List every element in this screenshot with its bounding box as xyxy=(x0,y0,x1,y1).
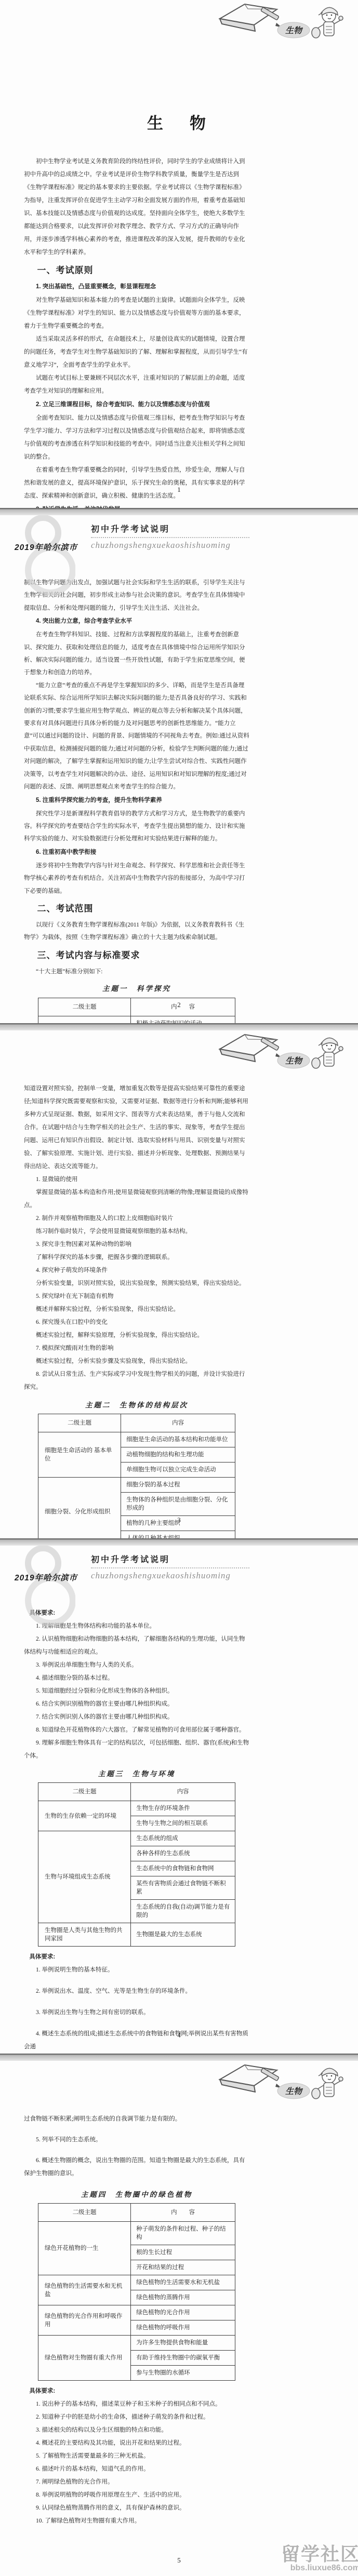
subject-badge-label: 生物 xyxy=(285,1056,303,1066)
page-5: 生物 过食物链不断积累;阐明生态系统的自我调节能力是有限的。 5. 列举不同的生… xyxy=(0,2061,358,2576)
content-cell: 生态系统的组成 xyxy=(131,1831,235,1846)
experiment-item-title: 3. 探究非生物因素对某种动物的影响 xyxy=(24,1238,249,1251)
book-pencil-icon xyxy=(220,1035,282,1062)
page-4: 2019年哈尔滨市 初中升学考试说明 chuzhongshengxuekaosh… xyxy=(0,1546,358,2054)
paragraph: 对生物学基础知识和基本能力的考查是试题的主旋律。试题面向全体学生，反映《生物学课… xyxy=(24,294,249,333)
page-separator xyxy=(0,1538,358,1546)
table-row: 生物与环境组成生态系统 生态系统的组成 xyxy=(38,1831,235,1846)
content-cell: 生态系统中的食物链和食物网 xyxy=(131,1861,235,1876)
table-row: 细胞分裂、分化形成组织 细胞分裂的基本过程 xyxy=(38,1478,235,1493)
theme-cell: 绿色植物的光合作用和呼吸作用 xyxy=(38,2305,131,2336)
content-cell: 为许多生物提供食物和能量 xyxy=(131,2336,235,2351)
paragraph: 在考查生物学科知识、技能、过程和方法掌握程度的基础上，注重考查创新意识、探究能力… xyxy=(24,628,249,679)
page-1: 生物 生 物 初中生物学业考试是义务教育阶段的终结性评价，同时学生的学业成绩将计… xyxy=(0,0,358,508)
table-row: 绿色开花植物的一生 种子萌发的条件和过程、种子的结构 xyxy=(38,2222,235,2245)
theme-cell: 生物的生存依赖一定的环境 xyxy=(38,1801,131,1831)
requirement-item: 10. 了解绿色植物对生物圈有重大作用。 xyxy=(24,2515,249,2528)
content-cell: 细胞是生命活动的基本结构和功能单位 xyxy=(121,1432,235,1447)
experiment-item-title: 5. 探究绿叶在光下制造有机物 xyxy=(24,1290,249,1303)
watermark-name: 留学社区 xyxy=(281,2544,358,2564)
requirement-item: 2. 认识植物细胞和动物细胞的基本结构，了解细胞各结构的生理功能，认同生物体结构… xyxy=(24,1633,249,1659)
table-row: 细胞是生命活动的 基本单位 细胞是生命活动的基本结构和功能单位 xyxy=(38,1432,235,1447)
experiment-item-title: 7. 模拟探究酸雨对生物的影响 xyxy=(24,1342,249,1355)
theme-cell: 生物与环境组成生态系统 xyxy=(38,1831,131,1923)
experiment-item-title: 8. 尝试从日常生活、生产实际或学习中发现生物学相关的问题，并设计实验进行探究。 xyxy=(24,1368,249,1394)
paragraph: 在着重考查生物学重要概念的同时，引导学生热爱自然，珍爱生命，理解人与自然和谐发展… xyxy=(24,464,249,503)
page-2: 2019年哈尔滨市 初中升学考试说明 chuzhongshengxuekaosh… xyxy=(0,515,358,1023)
paragraph: 探究性学习是新课程科学教育倡导的教学方式和学习方式，是生物教学的重要内容。科学探… xyxy=(24,808,249,846)
content-cell: 生物与生物之间的相互联系 xyxy=(131,1816,235,1831)
content-cell: 单细胞生物可以独立完成生命活动 xyxy=(121,1463,235,1478)
requirement-item: 7. 阐明绿色植物的光合作用。 xyxy=(24,2476,249,2489)
requirement-item: 1. 举例说明生物的基本特征。 xyxy=(24,1964,249,1977)
site-watermark: 留学社区 bbs.liuxue86.com xyxy=(281,2544,358,2573)
paragraph: “十大主题”标准分别如下: xyxy=(24,965,249,978)
requirement-item: 9. 认同绿色植物蒸腾作用的意义，具有保护森林的意识。 xyxy=(24,2502,249,2515)
theme-cell: 细胞是生命活动的 基本单位 xyxy=(38,1432,121,1478)
content-cell: 生态系统的自我(自动)调节能力是有限的 xyxy=(131,1900,235,1923)
masthead-pinyin: chuzhongshengxuekaoshishuoming xyxy=(91,540,252,551)
table-row: 绿色植物对生物圈有重大作用 为许多生物提供食物和能量 xyxy=(38,2336,235,2351)
dotted-rule xyxy=(91,1567,249,1568)
requirement-item: 2. 举例说出水、温度、空气、光等是生物生存的环境条件。 xyxy=(24,1985,249,1998)
page-number: 2 xyxy=(0,1001,358,1009)
table-row: 生物圈是人类与其他生物的共同家园 生物圈是最大的生态系统 xyxy=(38,1923,235,1947)
requirement-item: 9. 理解多细胞生物体具有一定的结构层次，可包括细胞、组织、器官(系统)和生物个… xyxy=(24,1737,249,1763)
paragraph: 逐步将初中生物教学内容与针对生命观念、科学探究、科学思维和社会责任等生物学核心素… xyxy=(24,860,249,897)
continued-paragraph: 过食物链不断积累;阐明生态系统的自我调节能力是有限的。 xyxy=(24,2113,249,2126)
requirements-label: 具体要求: xyxy=(24,1951,249,1964)
experiment-item-desc: 概述并解释实验过程，分析实验现象，得出实验结论。 xyxy=(24,1303,249,1316)
paragraph: “能力立意”考查的重点不再是学生掌握知识的多少、详略，而是学生是否具备理论联系实… xyxy=(24,679,249,794)
content-cell: 细胞分裂的基本过程 xyxy=(121,1478,235,1493)
section-heading-3: 三、考试内容与标准要求 xyxy=(24,948,249,963)
page-3: 生物 知道设置对照实验，控制单一变量，增加重复次数等是提高实验结果可靠性的重要途… xyxy=(0,1030,358,1538)
theme-1-title: 主题一 科学探究 xyxy=(24,983,249,995)
requirement-item: 7. 结合实例识别人体的器官主要由哪几种组织构成。 xyxy=(24,1711,249,1724)
table-row: 理解科学探究 积极主动获取知识的活动 xyxy=(38,1016,235,1023)
content-cell: 各种各样的生态系统 xyxy=(131,1846,235,1861)
content-cell: 根的生长过程 xyxy=(131,2245,235,2260)
principle-5-title: 5. 注重科学探究能力的考查，提升生物科学素养 xyxy=(24,794,249,807)
theme-cell: 绿色植物的生活需要水和无机盐 xyxy=(38,2275,131,2305)
theme-cell: 细胞分裂、分化形成组织 xyxy=(38,1478,121,1539)
experiment-item-title: 4. 探究种子萌发的环境条件 xyxy=(24,1264,249,1277)
theme-2-title: 主题二 生物体的结构层次 xyxy=(24,1399,249,1412)
theme-4-title: 主题四 生物圈中的绿色植物 xyxy=(24,2188,249,2201)
content-cell: 某些有害物质会通过食物链不断积累 xyxy=(131,1876,235,1900)
theme-4-table: 二级主题 内 容 绿色开花植物的一生 种子萌发的条件和过程、种子的结构 根的生长… xyxy=(38,2203,235,2381)
requirement-item: 1. 说出种子的基本结构，描述菜豆种子和玉米种子的相同点和不同点。 xyxy=(24,2398,249,2411)
masthead-year-city: 2019年哈尔滨市 xyxy=(15,541,92,553)
experiment-item-title: 2. 制作并观察植物细胞及人的口腔上皮细胞临时装片 xyxy=(24,1212,249,1225)
principle-2-title: 2. 立足三维课程目标，综合考查知识、能力以及情感态度与价值观 xyxy=(24,398,249,411)
content-cell: 绿色植物的光合作用 xyxy=(131,2305,235,2320)
paragraph: 适当采取灵活多样的形式，在命题技术上，尽量创设真实的试题情境，设置合理的问题任务… xyxy=(24,333,249,372)
content-cell: 生物圈是最大的生态系统 xyxy=(131,1923,235,1947)
table-row: 绿色植物的光合作用和呼吸作用 绿色植物的光合作用 xyxy=(38,2305,235,2320)
page-number: 1 xyxy=(0,486,358,494)
experiment-item-desc: 概述实验过程，解释实验原理，分析实验现象，得出实验结论。 xyxy=(24,1329,249,1342)
experiment-item-desc: 了解科学探究的基本步骤，把握各步骤的逻辑联系。 xyxy=(24,1251,249,1264)
student-mascot-icon xyxy=(312,1038,343,1068)
student-mascot-icon xyxy=(312,7,343,38)
paragraph: 全面考查知识、能力以及情感态度与价值观三维目标，把考查生物学知识与考查学生学习能… xyxy=(24,412,249,464)
requirement-item: 6. 描述叶片的基本结构，知道气孔的作用。 xyxy=(24,2463,249,2476)
content-cell: 生物体的各种组织是由细胞分裂、分化形成的 xyxy=(121,1493,235,1516)
requirements-label: 具体要求: xyxy=(24,2385,249,2398)
subject-badge-label: 生物 xyxy=(285,26,303,35)
experiment-item-title: 6. 探究馒头在口腔中的变化 xyxy=(24,1316,249,1329)
content-cell: 开花和结果的过程 xyxy=(131,2260,235,2275)
book-pencil-icon xyxy=(220,4,282,31)
experiment-item-desc: 掌握显微镜的基本构造和作用;使用显微镜观察到清晰的物像;理解显微镜的成像特点。 xyxy=(24,1186,249,1212)
theme-cell: 生物圈是人类与其他生物的共同家园 xyxy=(38,1923,131,1947)
column-header: 内容 xyxy=(131,1783,235,1801)
paragraph: 以现行《义务教育生物学课程标准(2011 年版)》为依据，以义务教育教科书《生物… xyxy=(24,919,249,944)
section-heading-1: 一、考试原则 xyxy=(24,263,249,278)
principle-1-title: 1. 突出基础性，凸显重要概念，彰显课程理念 xyxy=(24,280,249,293)
rings-logo-icon xyxy=(18,1546,75,1631)
content-cell: 绿色植物的生活需要水和无机盐 xyxy=(131,2275,235,2290)
requirement-item: 3. 举例说出生物与生物之间有密切的联系。 xyxy=(24,2006,249,2019)
principle-6-title: 6. 注重初高中教学衔接 xyxy=(24,846,249,859)
intro-paragraph: 初中生物学业考试是义务教育阶段的终结性评价，同时学生的学业成绩将计入到初中升高中… xyxy=(24,155,249,259)
rings-logo-icon xyxy=(18,515,75,600)
requirement-item: 6. 结合实例识别植物的器官主要由哪几种组织构成。 xyxy=(24,1698,249,1711)
content-cell: 有助于维持生物圈中的碳氧平衡 xyxy=(131,2351,235,2366)
page-header-art: 生物 xyxy=(216,1,346,49)
table-header-row: 二级主题 内 容 xyxy=(38,2204,235,2222)
experiment-item-desc: 分析实验变量，识别对照实验，说出实验现象，预测实验结果，得出实验结论。 xyxy=(24,1277,249,1290)
requirement-item: 5. 了解植物生活需要量最多的三种无机盐。 xyxy=(24,2450,249,2463)
theme-cell: 绿色植物对生物圈有重大作用 xyxy=(38,2336,131,2381)
requirement-item: 4. 描述细胞分裂的基本过程。 xyxy=(24,1672,249,1685)
requirement-item: 5. 列举不同的生态系统。 xyxy=(24,2134,249,2146)
experiment-item-desc: 练习制作临时装片，学会使用显微镜观察细胞的基本结构。 xyxy=(24,1225,249,1238)
continued-paragraph: 知道设置对照实验，控制单一变量，增加重复次数等是提高实验结果可靠性的重要途径;知… xyxy=(24,1082,249,1173)
content-cell: 积极主动获取知识的活动 xyxy=(131,1016,235,1023)
subject-badge-label: 生物 xyxy=(285,2087,303,2096)
requirement-item: 3. 举例说出单细胞生物与人类的关系。 xyxy=(24,1659,249,1672)
requirement-item: 8. 举例说明植物的呼吸作用原理在生产、生活中的应用。 xyxy=(24,2489,249,2502)
requirement-item: 8. 知道绿色开花植物体的六大器官。了解常见植物的可食用部位属于哪种器官。 xyxy=(24,1724,249,1737)
column-header: 内 容 xyxy=(131,2204,235,2222)
page-separator xyxy=(0,508,358,515)
table-row: 生物的生存依赖一定的环境 生物生存的环境条件 xyxy=(38,1801,235,1816)
page-header-art: 生物 xyxy=(216,2062,346,2110)
masthead-title: 初中升学考试说明 xyxy=(91,522,252,534)
theme-3-title: 主题三 生物与环境 xyxy=(24,1767,249,1780)
masthead-title: 初中升学考试说明 xyxy=(91,1553,252,1565)
content-cell: 人体的几种基本组织 xyxy=(121,1531,235,1539)
student-mascot-icon xyxy=(312,2068,343,2099)
requirement-item: 4. 概述花的主要结构及其功能，说出开花和结果的过程。 xyxy=(24,2437,249,2450)
masthead-pinyin: chuzhongshengxuekaoshishuoming xyxy=(91,1571,252,1581)
page-separator xyxy=(0,1023,358,1030)
requirement-item: 2. 知道种子中的胚是幼小的生命体，描述种子萌发的条件和过程。 xyxy=(24,2411,249,2424)
requirement-item: 3. 描述根尖的结构以及分生区细胞的特点和功能。 xyxy=(24,2424,249,2437)
table-row: 绿色植物的生活需要水和无机盐 绿色植物的生活需要水和无机盐 xyxy=(38,2275,235,2290)
requirement-item: 6. 概述生物圈的概念，说出生物圈的范围。知道生物圈是最大的生态系统，具有保护生… xyxy=(24,2154,249,2180)
content-cell: 动植物细胞的结构和生理功能 xyxy=(121,1447,235,1463)
content-cell: 生物生存的环境条件 xyxy=(131,1801,235,1816)
theme-cell: 绿色开花植物的一生 xyxy=(38,2222,131,2275)
page-number: 3 xyxy=(0,1516,358,1524)
table-header-row: 二级主题 内容 xyxy=(38,1783,235,1801)
principle-4-title: 4. 突出能力立意，综合考查学业水平 xyxy=(24,615,249,628)
principle-3-title: 3. 贴近学生生活，关注时代发展 xyxy=(24,503,249,508)
masthead: 2019年哈尔滨市 初中升学考试说明 chuzhongshengxuekaosh… xyxy=(0,515,358,576)
column-header: 二级主题 xyxy=(38,1783,131,1801)
section-heading-2: 二、考试范围 xyxy=(24,902,249,916)
content-cell: 绿色植物的蒸腾作用 xyxy=(131,2290,235,2305)
content-cell: 绿色植物的呼吸作用 xyxy=(131,2320,235,2336)
page-header-art: 生物 xyxy=(216,1031,346,1079)
content-cell: 参与生物圈的水循环 xyxy=(131,2366,235,2381)
page-number: 4 xyxy=(0,2031,358,2040)
theme-3-table: 二级主题 内容 生物的生存依赖一定的环境 生物生存的环境条件 生物与生物之间的相… xyxy=(38,1782,235,1947)
requirement-item: 5. 知道细胞经过分裂和分化形成生物体的各种组织。 xyxy=(24,1685,249,1698)
column-header: 二级主题 xyxy=(38,1414,121,1432)
watermark-url: bbs.liuxue86.com xyxy=(281,2564,358,2573)
theme-cell: 理解科学探究 xyxy=(38,1016,131,1023)
column-header: 二级主题 xyxy=(38,2204,131,2222)
paragraph: 试题在考试目标上要兼顾不同层次水平，注重对知识的了解层面上的命题，适度考查学生对… xyxy=(24,372,249,398)
dotted-rule xyxy=(91,537,249,538)
masthead-year-city: 2019年哈尔滨市 xyxy=(15,1572,92,1583)
page-separator xyxy=(0,2054,358,2061)
column-header: 内容 xyxy=(121,1414,235,1432)
table-header-row: 二级主题 内容 xyxy=(38,1414,235,1432)
book-pencil-icon xyxy=(220,2065,282,2092)
masthead: 2019年哈尔滨市 初中升学考试说明 chuzhongshengxuekaosh… xyxy=(0,1546,358,1607)
experiment-item-title: 1. 显微镜的使用 xyxy=(24,1173,249,1186)
experiment-item-desc: 概述实验过程，分析实验步骤及实验现象，得出实验结论。 xyxy=(24,1355,249,1368)
content-cell: 种子萌发的条件和过程、种子的结构 xyxy=(131,2222,235,2245)
